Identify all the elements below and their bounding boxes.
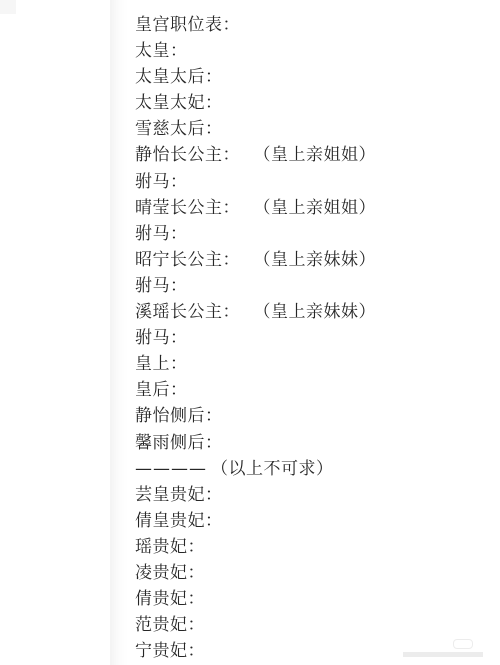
position-label: 凌贵妃：: [135, 563, 205, 583]
position-label: 皇上：: [135, 354, 188, 374]
list-item: 太皇：: [135, 38, 376, 64]
position-label: 静怡长公主：: [135, 145, 240, 165]
separator-line: ————（以上不可求）: [135, 456, 376, 482]
position-label: 芸皇贵妃：: [135, 485, 223, 505]
position-label: 驸马：: [135, 276, 188, 296]
position-note: （皇上亲妹妹）: [262, 250, 376, 270]
position-list: 皇宫职位表： 太皇： 太皇太后： 太皇太妃： 雪慈太后： 静怡长公主：（皇上亲姐…: [135, 12, 376, 664]
position-label: 倩皇贵妃：: [135, 511, 223, 531]
position-label: 太皇太妃：: [135, 93, 223, 113]
list-item: 昭宁长公主：（皇上亲妹妹）: [135, 247, 376, 273]
position-label: 宁贵妃：: [135, 641, 205, 661]
position-label: 皇后：: [135, 380, 188, 400]
position-label: 驸马：: [135, 172, 188, 192]
list-item: 倩皇贵妃：: [135, 508, 376, 534]
corner-shade: [0, 0, 16, 14]
position-label: 雪慈太后：: [135, 119, 223, 139]
list-item: 芸皇贵妃：: [135, 482, 376, 508]
list-item: 驸马：: [135, 221, 376, 247]
position-label: 溪瑶长公主：: [135, 302, 240, 322]
list-item: 太皇太妃：: [135, 90, 376, 116]
list-item: 驸马：: [135, 169, 376, 195]
list-item: 倩贵妃：: [135, 586, 376, 612]
list-item: 静怡侧后：: [135, 403, 376, 429]
list-item: 范贵妃：: [135, 612, 376, 638]
position-label: 馨雨侧后：: [135, 433, 223, 453]
list-item: 溪瑶长公主：（皇上亲妹妹）: [135, 299, 376, 325]
position-note: （皇上亲姐姐）: [262, 198, 376, 218]
list-item: 雪慈太后：: [135, 116, 376, 142]
list-item: 驸马：: [135, 273, 376, 299]
title-text: 皇宫职位表：: [135, 15, 240, 35]
position-label: 倩贵妃：: [135, 589, 205, 609]
list-item: 凌贵妃：: [135, 560, 376, 586]
position-label: 驸马：: [135, 328, 188, 348]
position-label: 驸马：: [135, 224, 188, 244]
watermark: [378, 639, 488, 659]
watermark-text-blur: [403, 652, 483, 657]
position-note: （皇上亲姐姐）: [262, 145, 376, 165]
position-label: 太皇太后：: [135, 67, 223, 87]
dash-separator: ————: [135, 459, 207, 479]
list-item: 晴莹长公主：（皇上亲姐姐）: [135, 195, 376, 221]
position-note: （皇上亲妹妹）: [262, 302, 376, 322]
document-title: 皇宫职位表：: [135, 12, 376, 38]
list-item: 宁贵妃：: [135, 638, 376, 664]
list-item: 皇后：: [135, 377, 376, 403]
position-label: 范贵妃：: [135, 615, 205, 635]
list-item: 瑶贵妃：: [135, 534, 376, 560]
list-item: 静怡长公主：（皇上亲姐姐）: [135, 142, 376, 168]
position-label: 晴莹长公主：: [135, 198, 240, 218]
list-item: 太皇太后：: [135, 64, 376, 90]
position-label: 太皇：: [135, 41, 188, 61]
list-item: 驸马：: [135, 325, 376, 351]
document-page: 皇宫职位表： 太皇： 太皇太后： 太皇太妃： 雪慈太后： 静怡长公主：（皇上亲姐…: [0, 0, 500, 665]
separator-note: （以上不可求）: [211, 459, 334, 479]
position-label: 瑶贵妃：: [135, 537, 205, 557]
list-item: 皇上：: [135, 351, 376, 377]
position-label: 昭宁长公主：: [135, 250, 240, 270]
list-item: 馨雨侧后：: [135, 430, 376, 456]
position-label: 静怡侧后：: [135, 406, 223, 426]
watermark-logo-icon: [453, 639, 473, 649]
